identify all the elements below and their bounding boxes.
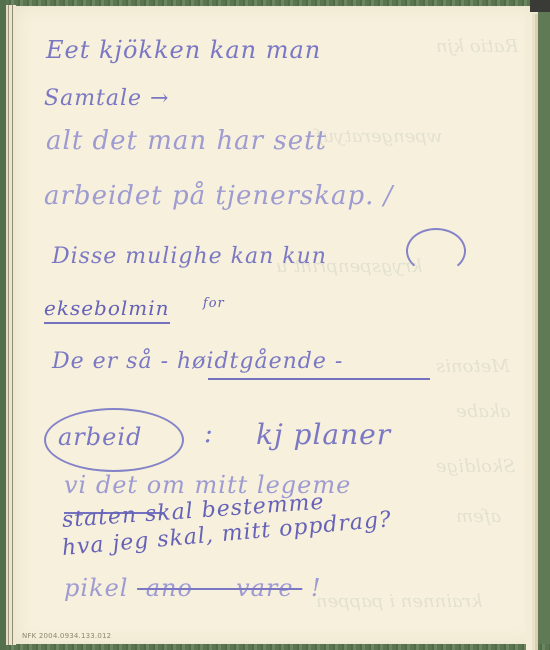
handwritten-line-8: kj planer xyxy=(256,418,391,451)
corner-shadow xyxy=(530,0,550,12)
handwritten-line-2: Samtale → xyxy=(44,86,170,111)
bleed-through-text: krainnen i pappen xyxy=(316,591,482,612)
archive-label: NFK 2004.0934.133.012 xyxy=(22,632,111,640)
word: pikel xyxy=(64,574,137,602)
handwritten-line-12: pikel ano vare ! xyxy=(64,574,322,602)
handwritten-colon: : xyxy=(204,419,214,449)
handwritten-line-7: De er så - høidtgående - xyxy=(52,349,343,374)
bleed-through-text: Skoldige xyxy=(436,456,515,477)
underline-stroke xyxy=(208,378,430,380)
handwritten-circled-word: arbeid xyxy=(58,423,142,451)
struck-word: ano vare xyxy=(137,574,302,602)
bleed-through-text: Metonis xyxy=(436,356,510,377)
bleed-through-text: wpengeratyuf xyxy=(316,126,442,147)
superscript-word: for xyxy=(203,296,225,311)
handwritten-line-1: Eet kjökken kan man xyxy=(46,36,321,64)
bleed-through-text: akabe xyxy=(456,401,511,422)
handwritten-line-5: Disse mulighe kan kun xyxy=(52,244,327,269)
handwritten-line-4: arbeidet på tjenerskap. / xyxy=(44,181,393,211)
page-stack-edge xyxy=(6,5,16,645)
handwritten-line-3: alt det man har sett xyxy=(46,126,327,156)
circle-mark xyxy=(406,228,466,274)
page-edge xyxy=(526,14,538,650)
handwritten-line-6: eksebolmin for xyxy=(44,296,225,320)
bleed-through-text: Ratio kjn xyxy=(436,36,518,57)
notebook-page: Ratio kjn wpengeratyuf krygspenprint u M… xyxy=(16,6,538,644)
exclamation: ! xyxy=(302,574,321,602)
underlined-word: eksebolmin xyxy=(44,296,170,324)
notebook-cover-bottom xyxy=(0,644,550,650)
bleed-through-text: afem xyxy=(456,506,501,527)
